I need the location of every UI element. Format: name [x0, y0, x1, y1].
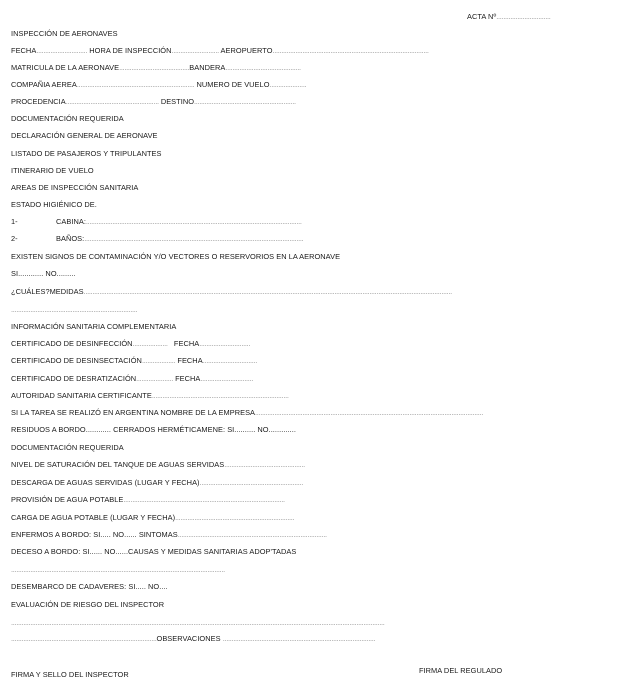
fecha-blank[interactable]: ............................. — [36, 46, 87, 55]
bandera-label: BANDERA — [189, 63, 225, 72]
doc-item-listado: LISTADO DE PASAJEROS Y TRIPULANTES — [11, 149, 162, 158]
row-fecha: FECHA............................. HORA … — [11, 46, 429, 55]
evaluacion-blank[interactable]: ........................................… — [11, 618, 384, 627]
bandera-blank[interactable]: ........................................… — [225, 63, 300, 72]
firma-inspector-label: FIRMA Y SELLO DEL INSPECTOR — [11, 670, 129, 679]
row-descarga: DESCARGA DE AGUAS SERVIDAS (LUGAR Y FECH… — [11, 478, 303, 487]
documentacion-title: DOCUMENTACIÓN REQUERIDA — [11, 114, 124, 123]
row-provision: PROVISIÓN DE AGUA POTABLE...............… — [11, 495, 285, 504]
evaluacion-blank-row: ........................................… — [11, 618, 384, 627]
fecha-label: FECHA — [11, 46, 36, 55]
banos-label: BAÑOS: — [56, 234, 84, 243]
cuales-blank-continued[interactable]: ........................................… — [11, 305, 137, 314]
cuales-blank-2[interactable]: ........................................… — [11, 305, 137, 314]
compania-blank[interactable]: ........................................… — [77, 80, 194, 89]
destino-label: DESTINO — [161, 97, 194, 106]
row-matricula: MATRICULA DE LA AERONAVE................… — [11, 63, 301, 72]
aeropuerto-blank[interactable]: ........................................… — [273, 46, 429, 55]
areas-title: AREAS DE INSPECCIÓN SANITARIA — [11, 183, 138, 192]
hora-blank[interactable]: ........................... — [172, 46, 219, 55]
contaminacion-question: EXISTEN SIGNOS DE CONTAMINACIÓN Y/O VECT… — [11, 252, 340, 261]
row-deceso[interactable]: DECESO A BORDO: SI...... NO......CAUSAS … — [11, 547, 296, 556]
aeropuerto-label: AEROPUERTO — [221, 46, 273, 55]
deceso-blank[interactable]: ........................................… — [11, 565, 225, 574]
row-cuales: ¿CUÁLES?MEDIDAS.........................… — [11, 287, 452, 296]
row-residuos[interactable]: RESIDUOS A BORDO............ CERRADOS HE… — [11, 425, 296, 434]
autoridad-blank[interactable]: ........................................… — [152, 391, 289, 400]
numero-vuelo-label: NUMERO DE VUELO — [196, 80, 269, 89]
nivel-label: NIVEL DE SATURACIÓN DEL TANQUE DE AGUAS … — [11, 460, 224, 469]
enfermos-label[interactable]: ENFERMOS A BORDO: SI..... NO...... SINTO… — [11, 530, 178, 539]
row-enfermos: ENFERMOS A BORDO: SI..... NO...... SINTO… — [11, 530, 327, 539]
desratizacion-fecha-blank[interactable]: .............................. — [200, 374, 253, 383]
desinfeccion-fecha-blank[interactable]: ............................. — [199, 339, 250, 348]
row-carga: CARGA DE AGUA POTABLE (LUGAR Y FECHA)...… — [11, 513, 294, 522]
cuales-label: ¿CUÁLES?MEDIDAS — [11, 287, 84, 296]
descarga-blank[interactable]: ........................................… — [200, 478, 303, 487]
acta-label: ACTA Nº — [467, 12, 496, 21]
autoridad-label: AUTORIDAD SANITARIA CERTIFICANTE — [11, 391, 152, 400]
desinsectacion-blank[interactable]: ................... — [142, 356, 175, 365]
documentacion-title-2: DOCUMENTACIÓN REQUERIDA — [11, 443, 124, 452]
banos-blank[interactable]: ........................................… — [84, 234, 303, 243]
complementaria-title: INFORMACIÓN SANITARIA COMPLEMENTARIA — [11, 322, 176, 331]
row-desratizacion: CERTIFICADO DE DESRATIZACIÓN............… — [11, 374, 253, 383]
row-cabina: 1-CABINA:...............................… — [11, 217, 302, 226]
firma-regulado-label: FIRMA DEL REGULADO — [419, 666, 502, 675]
desratizacion-label: CERTIFICADO DE DESRATIZACIÓN — [11, 374, 136, 383]
row-procedencia: PROCEDENCIA.............................… — [11, 97, 296, 106]
row-observaciones: ........................................… — [11, 634, 375, 643]
numero-vuelo-blank[interactable]: ..................... — [270, 80, 307, 89]
desinfeccion-label: CERTIFICADO DE DESINFECCIÓN — [11, 339, 133, 348]
cuales-blank[interactable]: ........................................… — [84, 287, 452, 296]
desratizacion-fecha-label: FECHA — [175, 374, 200, 383]
acta-number-field: ACTA Nº............................... — [467, 12, 551, 21]
row-compania: COMPAÑIA AEREA..........................… — [11, 80, 306, 89]
observaciones-label: OBSERVACIONES — [157, 634, 221, 643]
desinsectacion-fecha-label: FECHA — [177, 356, 202, 365]
doc-item-declaracion: DECLARACIÓN GENERAL DE AERONAVE — [11, 131, 158, 140]
row-desinfeccion: CERTIFICADO DE DESINFECCIÓN.............… — [11, 339, 250, 348]
evaluacion-title: EVALUACIÓN DE RIESGO DEL INSPECTOR — [11, 600, 164, 609]
carga-blank[interactable]: ........................................… — [175, 513, 294, 522]
form-title: INSPECCIÓN DE AERONAVES — [11, 29, 118, 38]
nivel-blank[interactable]: ........................................… — [224, 460, 305, 469]
empresa-blank[interactable]: ........................................… — [255, 408, 483, 417]
destino-blank[interactable]: ........................................… — [194, 97, 296, 106]
doc-item-itinerario: ITINERARIO DE VUELO — [11, 166, 94, 175]
carga-label: CARGA DE AGUA POTABLE (LUGAR Y FECHA) — [11, 513, 175, 522]
contaminacion-si-no[interactable]: SI............ NO......... — [11, 269, 76, 278]
descarga-label: DESCARGA DE AGUAS SERVIDAS (LUGAR Y FECH… — [11, 478, 200, 487]
row-desinsectacion: CERTIFICADO DE DESINSECTACIÓN...........… — [11, 356, 257, 365]
cabina-blank[interactable]: ........................................… — [86, 217, 302, 226]
sintomas-blank[interactable]: ........................................… — [178, 530, 327, 539]
acta-blank[interactable]: ............................... — [496, 12, 550, 21]
provision-blank[interactable]: ........................................… — [123, 495, 284, 504]
row-autoridad: AUTORIDAD SANITARIA CERTIFICANTE........… — [11, 391, 289, 400]
cabina-label: CABINA: — [56, 217, 86, 226]
desratizacion-blank[interactable]: ..................... — [136, 374, 173, 383]
argentina-label: SI LA TAREA SE REALIZÓ EN ARGENTINA NOMB… — [11, 408, 255, 417]
hora-label: HORA DE INSPECCIÓN — [89, 46, 171, 55]
item-number: 1- — [11, 217, 56, 226]
observaciones-pre-blank[interactable]: ........................................… — [11, 634, 157, 643]
estado-higienico: ESTADO HIGIÉNICO DE. — [11, 200, 97, 209]
compania-label: COMPAÑIA AEREA — [11, 80, 77, 89]
procedencia-blank[interactable]: ........................................… — [66, 97, 159, 106]
desinfeccion-fecha-label: FECHA — [174, 339, 199, 348]
desinsectacion-label: CERTIFICADO DE DESINSECTACIÓN — [11, 356, 142, 365]
row-banos: 2-BAÑOS:................................… — [11, 234, 303, 243]
procedencia-label: PROCEDENCIA — [11, 97, 66, 106]
row-nivel: NIVEL DE SATURACIÓN DEL TANQUE DE AGUAS … — [11, 460, 305, 469]
observaciones-blank[interactable]: ........................................… — [223, 634, 376, 643]
desinsectacion-fecha-blank[interactable]: ............................... — [203, 356, 257, 365]
provision-label: PROVISIÓN DE AGUA POTABLE — [11, 495, 123, 504]
desinfeccion-blank[interactable]: .................... — [133, 339, 168, 348]
matricula-label: MATRICULA DE LA AERONAVE — [11, 63, 119, 72]
item-number: 2- — [11, 234, 56, 243]
deceso-blank-row: ........................................… — [11, 565, 225, 574]
matricula-blank[interactable]: ........................................ — [119, 63, 189, 72]
row-cadaveres[interactable]: DESEMBARCO DE CADAVERES: SI..... NO.... — [11, 582, 168, 591]
row-argentina: SI LA TAREA SE REALIZÓ EN ARGENTINA NOMB… — [11, 408, 483, 417]
